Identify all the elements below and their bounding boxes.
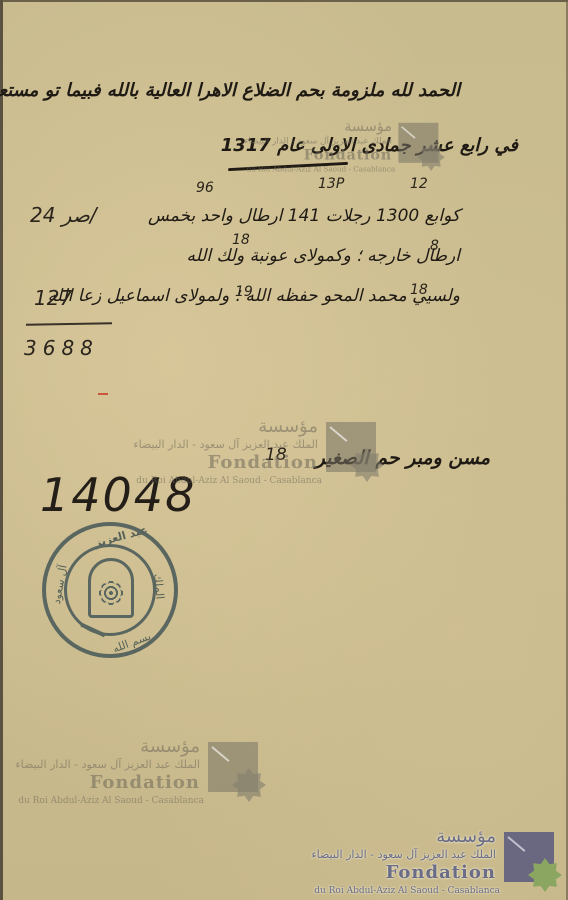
foundation-logo-icon [208, 742, 266, 802]
foundation-logo-icon [398, 123, 444, 171]
watermark-french-title: Fondation [208, 452, 318, 473]
watermark-arabic-title: مؤسسة [140, 736, 200, 757]
watermark-french-subtitle: du Roi Abdul-Aziz Al Saoud - Casablanca [314, 886, 500, 896]
watermark-french-title: Fondation [386, 862, 496, 883]
watermark-french-title: Fondation [90, 772, 200, 793]
watermark-top: مؤسسة الملك عبد العزيز آل سعود - الدار ا… [232, 118, 448, 182]
royal-seal-stamp: عبد العزيز آل سعود الملك بسم الله [42, 522, 178, 658]
red-correction-mark [98, 393, 108, 395]
margin-total: 3688 [24, 336, 99, 360]
entry-line-1: كوابع 1300 رجلات 141 ارطال واحد بخمس [150, 206, 460, 226]
stamp-star-icon [96, 578, 126, 608]
watermark-french-subtitle: du Roi Abdul-Aziz Al Saoud - Casablanca [18, 796, 204, 806]
margin-sum-rule [26, 322, 112, 326]
watermark-middle: مؤسسة الملك عبد العزيز آل سعود - الدار ا… [118, 416, 388, 496]
entry-line-2: ارطال خارجه ؛ وكمولاى عونبة ولك الله [150, 246, 460, 266]
watermark-arabic-title: مؤسسة [258, 416, 318, 437]
document-page: الحمد لله ملزومة بحم الضلاع الاهرا العال… [0, 0, 568, 900]
foundation-logo-icon [326, 422, 384, 482]
watermark-arabic-subtitle: الملك عبد العزيز آل سعود - الدار البيضاء [244, 136, 392, 146]
watermark-arabic-subtitle: الملك عبد العزيز آل سعود - الدار البيضاء [311, 848, 496, 861]
watermark-french-subtitle: du Roi Abdul-Aziz Al Saoud - Casablanca [247, 166, 396, 174]
watermark-arabic-title: مؤسسة [344, 118, 392, 135]
margin-note-1: صر 24/ [30, 203, 97, 227]
watermark-french-title: Fondation [304, 147, 392, 164]
entry-superscript: 96 [196, 180, 214, 196]
foundation-logo-icon [504, 832, 562, 892]
watermark-arabic-title: مؤسسة [436, 826, 496, 847]
watermark-arabic-subtitle: الملك عبد العزيز آل سعود - الدار البيضاء [133, 438, 318, 451]
watermark-corner: مؤسسة الملك عبد العزيز آل سعود - الدار ا… [296, 826, 566, 900]
margin-note-2: 127 [34, 286, 72, 310]
entry-line-3: ولسيي محمد المحو حفظه الله ؛ ولمولاى اسم… [130, 286, 460, 306]
watermark-lower: مؤسسة الملك عبد العزيز آل سعود - الدار ا… [0, 736, 270, 816]
watermark-arabic-subtitle: الملك عبد العزيز آل سعود - الدار البيضاء [15, 758, 200, 771]
watermark-french-subtitle: du Roi Abdul-Aziz Al Saoud - Casablanca [136, 476, 322, 486]
header-line-1: الحمد لله ملزومة بحم الضلاع الاهرا العال… [20, 80, 460, 101]
